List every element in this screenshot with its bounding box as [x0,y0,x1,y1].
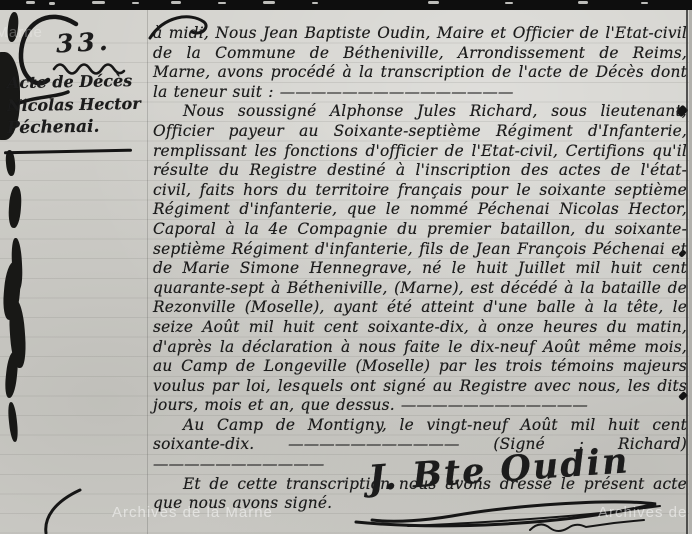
cutoff-text-speck [312,2,318,4]
cutoff-text-speck [218,2,226,4]
paragraph-opening: à midi, Nous Jean Baptiste Oudin, Maire … [153,24,687,102]
paragraph-certification: Nous soussigné Alphonse Jules Richard, s… [153,102,687,416]
cutoff-text-speck [578,1,588,4]
cutoff-text-speck [49,2,55,5]
cutoff-text-speck [428,1,439,4]
cutoff-text-speck [26,1,35,4]
binding-shadow-blob [4,352,20,399]
act-body-text: à midi, Nous Jean Baptiste Oudin, Maire … [153,24,687,514]
binding-shadow-blob [7,402,19,443]
margin-closing-rule [4,149,132,155]
stray-pen-arc [36,486,88,534]
cutoff-text-speck [92,1,105,4]
cutoff-text-speck [263,1,275,4]
secondary-scribble [528,518,648,534]
margin-note-act-type: Acte de Décès [7,69,147,94]
margin-note-given-names: Nicolas Hector [7,92,147,117]
cutoff-text-speck [132,2,139,4]
cutoff-text-speck [171,1,181,4]
cutoff-text-speck [641,2,648,4]
cutoff-text-speck [505,2,513,4]
margin-note-surname: Péchenai. [7,115,147,140]
scanned-register-page: 33. Acte de Décès Nicolas Hector Péchena… [0,0,692,534]
binding-shadow-blob [8,186,23,229]
film-edge-band [0,0,692,10]
act-number: 33. [55,27,112,59]
